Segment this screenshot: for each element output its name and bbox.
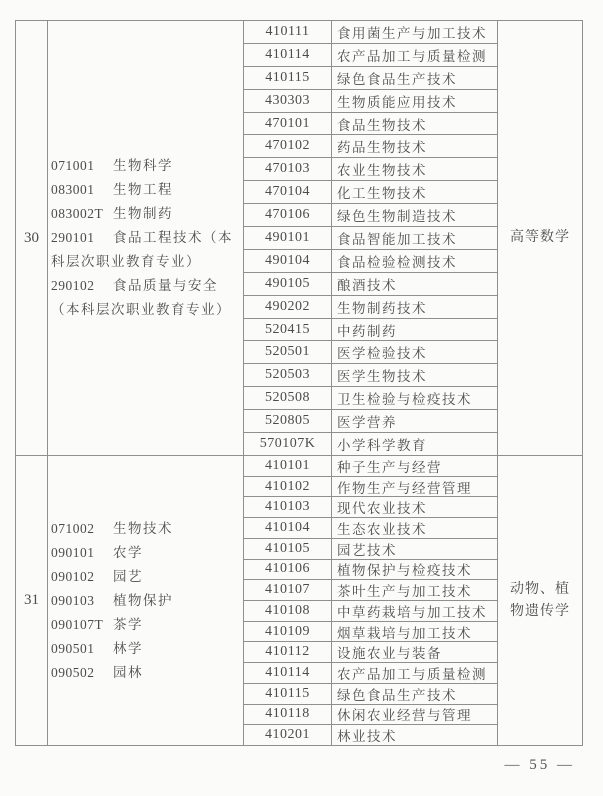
major-entry: 083001生物工程 (51, 178, 240, 202)
page-number: — 55 — (505, 757, 576, 774)
program-name: 小学科学教育 (332, 433, 498, 455)
program-row: 410114 农产品加工与质量检测 (244, 663, 498, 684)
major-code: 090501 (51, 637, 113, 661)
program-code: 470102 (244, 135, 332, 157)
major-code: 090101 (51, 541, 113, 565)
program-code: 490105 (244, 273, 332, 295)
program-name: 食品检验检测技术 (332, 250, 498, 272)
major-entry: 290102食品质量与安全（本科层次职业教育专业） (51, 274, 240, 322)
program-row: 410103 现代农业技术 (244, 497, 498, 518)
major-entry: 090502园林 (51, 661, 240, 685)
program-row: 410115 绿色食品生产技术 (244, 684, 498, 705)
program-code: 410108 (244, 601, 332, 621)
program-code: 410118 (244, 705, 332, 725)
major-code: 090102 (51, 565, 113, 589)
program-name: 园艺技术 (332, 539, 498, 559)
program-name: 酿酒技术 (332, 273, 498, 295)
program-name: 设施农业与装备 (332, 642, 498, 662)
program-row: 410102 作物生产与经营管理 (244, 477, 498, 498)
program-row: 490105 酿酒技术 (244, 273, 498, 296)
program-code: 410101 (244, 456, 332, 476)
major-code: 071002 (51, 517, 113, 541)
program-row: 410115 绿色食品生产技术 (244, 67, 498, 90)
program-name: 农产品加工与质量检测 (332, 44, 498, 66)
program-code: 520508 (244, 387, 332, 409)
program-name: 农产品加工与质量检测 (332, 663, 498, 683)
program-name: 作物生产与经营管理 (332, 477, 498, 497)
program-name: 化工生物技术 (332, 181, 498, 203)
program-code: 410115 (244, 67, 332, 89)
major-name: 生物工程 (113, 182, 173, 197)
program-code: 490101 (244, 227, 332, 249)
program-row: 520501 医学检验技术 (244, 341, 498, 364)
program-row: 410105 园艺技术 (244, 539, 498, 560)
program-code: 470104 (244, 181, 332, 203)
program-code: 520503 (244, 364, 332, 386)
major-entry: 090107T茶学 (51, 613, 240, 637)
program-code: 570107K (244, 433, 332, 455)
program-code: 470106 (244, 204, 332, 226)
program-row: 520508 卫生检验与检疫技术 (244, 387, 498, 410)
major-code: 090502 (51, 661, 113, 685)
program-name: 休闲农业经营与管理 (332, 705, 498, 725)
program-row: 570107K 小学科学教育 (244, 433, 498, 455)
major-entry: 290101食品工程技术（本科层次职业教育专业） (51, 226, 240, 274)
major-code: 071001 (51, 154, 113, 178)
program-row: 490104 食品检验检测技术 (244, 250, 498, 273)
programs-cell: 410111 食用菌生产与加工技术 410114 农产品加工与质量检测 4101… (244, 21, 498, 455)
program-code: 520501 (244, 341, 332, 363)
programs-cell: 410101 种子生产与经营 410102 作物生产与经营管理 410103 现… (244, 456, 498, 745)
program-name: 绿色食品生产技术 (332, 67, 498, 89)
major-entry: 071002生物技术 (51, 517, 240, 541)
program-code: 410109 (244, 622, 332, 642)
program-code: 410115 (244, 684, 332, 704)
program-name: 食品生物技术 (332, 113, 498, 135)
program-name: 植物保护与检疫技术 (332, 560, 498, 580)
major-name: 园艺 (113, 569, 143, 584)
program-code: 410106 (244, 560, 332, 580)
program-row: 520415 中药制药 (244, 319, 498, 342)
program-row: 410104 生态农业技术 (244, 518, 498, 539)
program-row: 410201 林业技术 (244, 725, 498, 745)
major-name: 生物科学 (113, 158, 173, 173)
program-name: 茶叶生产与加工技术 (332, 580, 498, 600)
program-row: 410108 中草药栽培与加工技术 (244, 601, 498, 622)
exam-subject-cell: 高等数学 (498, 21, 582, 455)
program-code: 470103 (244, 158, 332, 180)
exam-subject-cell: 动物、植物遗传学 (498, 456, 582, 745)
program-row: 470106 绿色生物制造技术 (244, 204, 498, 227)
major-name: 茶学 (113, 617, 143, 632)
program-row: 470104 化工生物技术 (244, 181, 498, 204)
program-name: 卫生检验与检疫技术 (332, 387, 498, 409)
program-name: 种子生产与经营 (332, 456, 498, 476)
major-name: 植物保护 (113, 593, 173, 608)
program-code: 410114 (244, 44, 332, 66)
table-row-31: 31 071002生物技术 090101农学 090102园艺 090103植物… (16, 456, 582, 745)
program-name: 农业生物技术 (332, 158, 498, 180)
program-code: 410114 (244, 663, 332, 683)
major-subject-table: 30 071001生物科学 083001生物工程 083002T生物制药 290… (15, 20, 583, 746)
majors-cell: 071001生物科学 083001生物工程 083002T生物制药 290101… (48, 21, 244, 455)
major-entry: 090103植物保护 (51, 589, 240, 613)
program-name: 林业技术 (332, 725, 498, 745)
row-number: 31 (16, 456, 48, 745)
major-name: 农学 (113, 545, 143, 560)
program-name: 医学检验技术 (332, 341, 498, 363)
program-row: 490202 生物制药技术 (244, 296, 498, 319)
major-name: 林学 (113, 641, 143, 656)
program-code: 410104 (244, 518, 332, 538)
program-row: 470101 食品生物技术 (244, 113, 498, 136)
program-code: 410105 (244, 539, 332, 559)
program-code: 410111 (244, 21, 332, 43)
program-code: 470101 (244, 113, 332, 135)
major-name: 生物制药 (113, 206, 173, 221)
program-code: 410103 (244, 497, 332, 517)
major-name: 园林 (113, 665, 143, 680)
major-code: 290101 (51, 226, 113, 250)
program-name: 中草药栽培与加工技术 (332, 601, 498, 621)
program-row: 410114 农产品加工与质量检测 (244, 44, 498, 67)
program-code: 410112 (244, 642, 332, 662)
program-name: 生物制药技术 (332, 296, 498, 318)
program-row: 520503 医学生物技术 (244, 364, 498, 387)
major-name: 生物技术 (113, 521, 173, 536)
major-code: 083001 (51, 178, 113, 202)
row-number: 30 (16, 21, 48, 455)
major-code: 090107T (51, 613, 113, 637)
program-code: 490202 (244, 296, 332, 318)
major-entry: 083002T生物制药 (51, 202, 240, 226)
program-name: 中药制药 (332, 319, 498, 341)
table-row-30: 30 071001生物科学 083001生物工程 083002T生物制药 290… (16, 21, 582, 456)
program-code: 520805 (244, 410, 332, 432)
program-name: 食用菌生产与加工技术 (332, 21, 498, 43)
program-row: 410109 烟草栽培与加工技术 (244, 622, 498, 643)
major-entry: 090501林学 (51, 637, 240, 661)
major-entry: 090102园艺 (51, 565, 240, 589)
program-row: 520805 医学营养 (244, 410, 498, 433)
program-row: 430303 生物质能应用技术 (244, 90, 498, 113)
program-name: 绿色食品生产技术 (332, 684, 498, 704)
program-row: 490101 食品智能加工技术 (244, 227, 498, 250)
program-row: 410106 植物保护与检疫技术 (244, 560, 498, 581)
majors-cell: 071002生物技术 090101农学 090102园艺 090103植物保护 … (48, 456, 244, 745)
program-row: 410107 茶叶生产与加工技术 (244, 580, 498, 601)
document-page: 30 071001生物科学 083001生物工程 083002T生物制药 290… (0, 0, 603, 796)
program-name: 烟草栽培与加工技术 (332, 622, 498, 642)
program-row: 410118 休闲农业经营与管理 (244, 705, 498, 726)
program-name: 生态农业技术 (332, 518, 498, 538)
program-name: 现代农业技术 (332, 497, 498, 517)
major-code: 090103 (51, 589, 113, 613)
program-code: 410102 (244, 477, 332, 497)
program-name: 医学生物技术 (332, 364, 498, 386)
major-code: 290102 (51, 274, 113, 298)
program-name: 绿色生物制造技术 (332, 204, 498, 226)
major-code: 083002T (51, 202, 113, 226)
program-name: 药品生物技术 (332, 135, 498, 157)
program-row: 470102 药品生物技术 (244, 135, 498, 158)
program-row: 410112 设施农业与装备 (244, 642, 498, 663)
program-row: 410101 种子生产与经营 (244, 456, 498, 477)
program-code: 430303 (244, 90, 332, 112)
program-code: 490104 (244, 250, 332, 272)
program-code: 410107 (244, 580, 332, 600)
program-name: 食品智能加工技术 (332, 227, 498, 249)
program-row: 410111 食用菌生产与加工技术 (244, 21, 498, 44)
program-code: 410201 (244, 725, 332, 745)
program-name: 医学营养 (332, 410, 498, 432)
program-name: 生物质能应用技术 (332, 90, 498, 112)
major-entry: 071001生物科学 (51, 154, 240, 178)
program-row: 470103 农业生物技术 (244, 158, 498, 181)
major-entry: 090101农学 (51, 541, 240, 565)
program-code: 520415 (244, 319, 332, 341)
